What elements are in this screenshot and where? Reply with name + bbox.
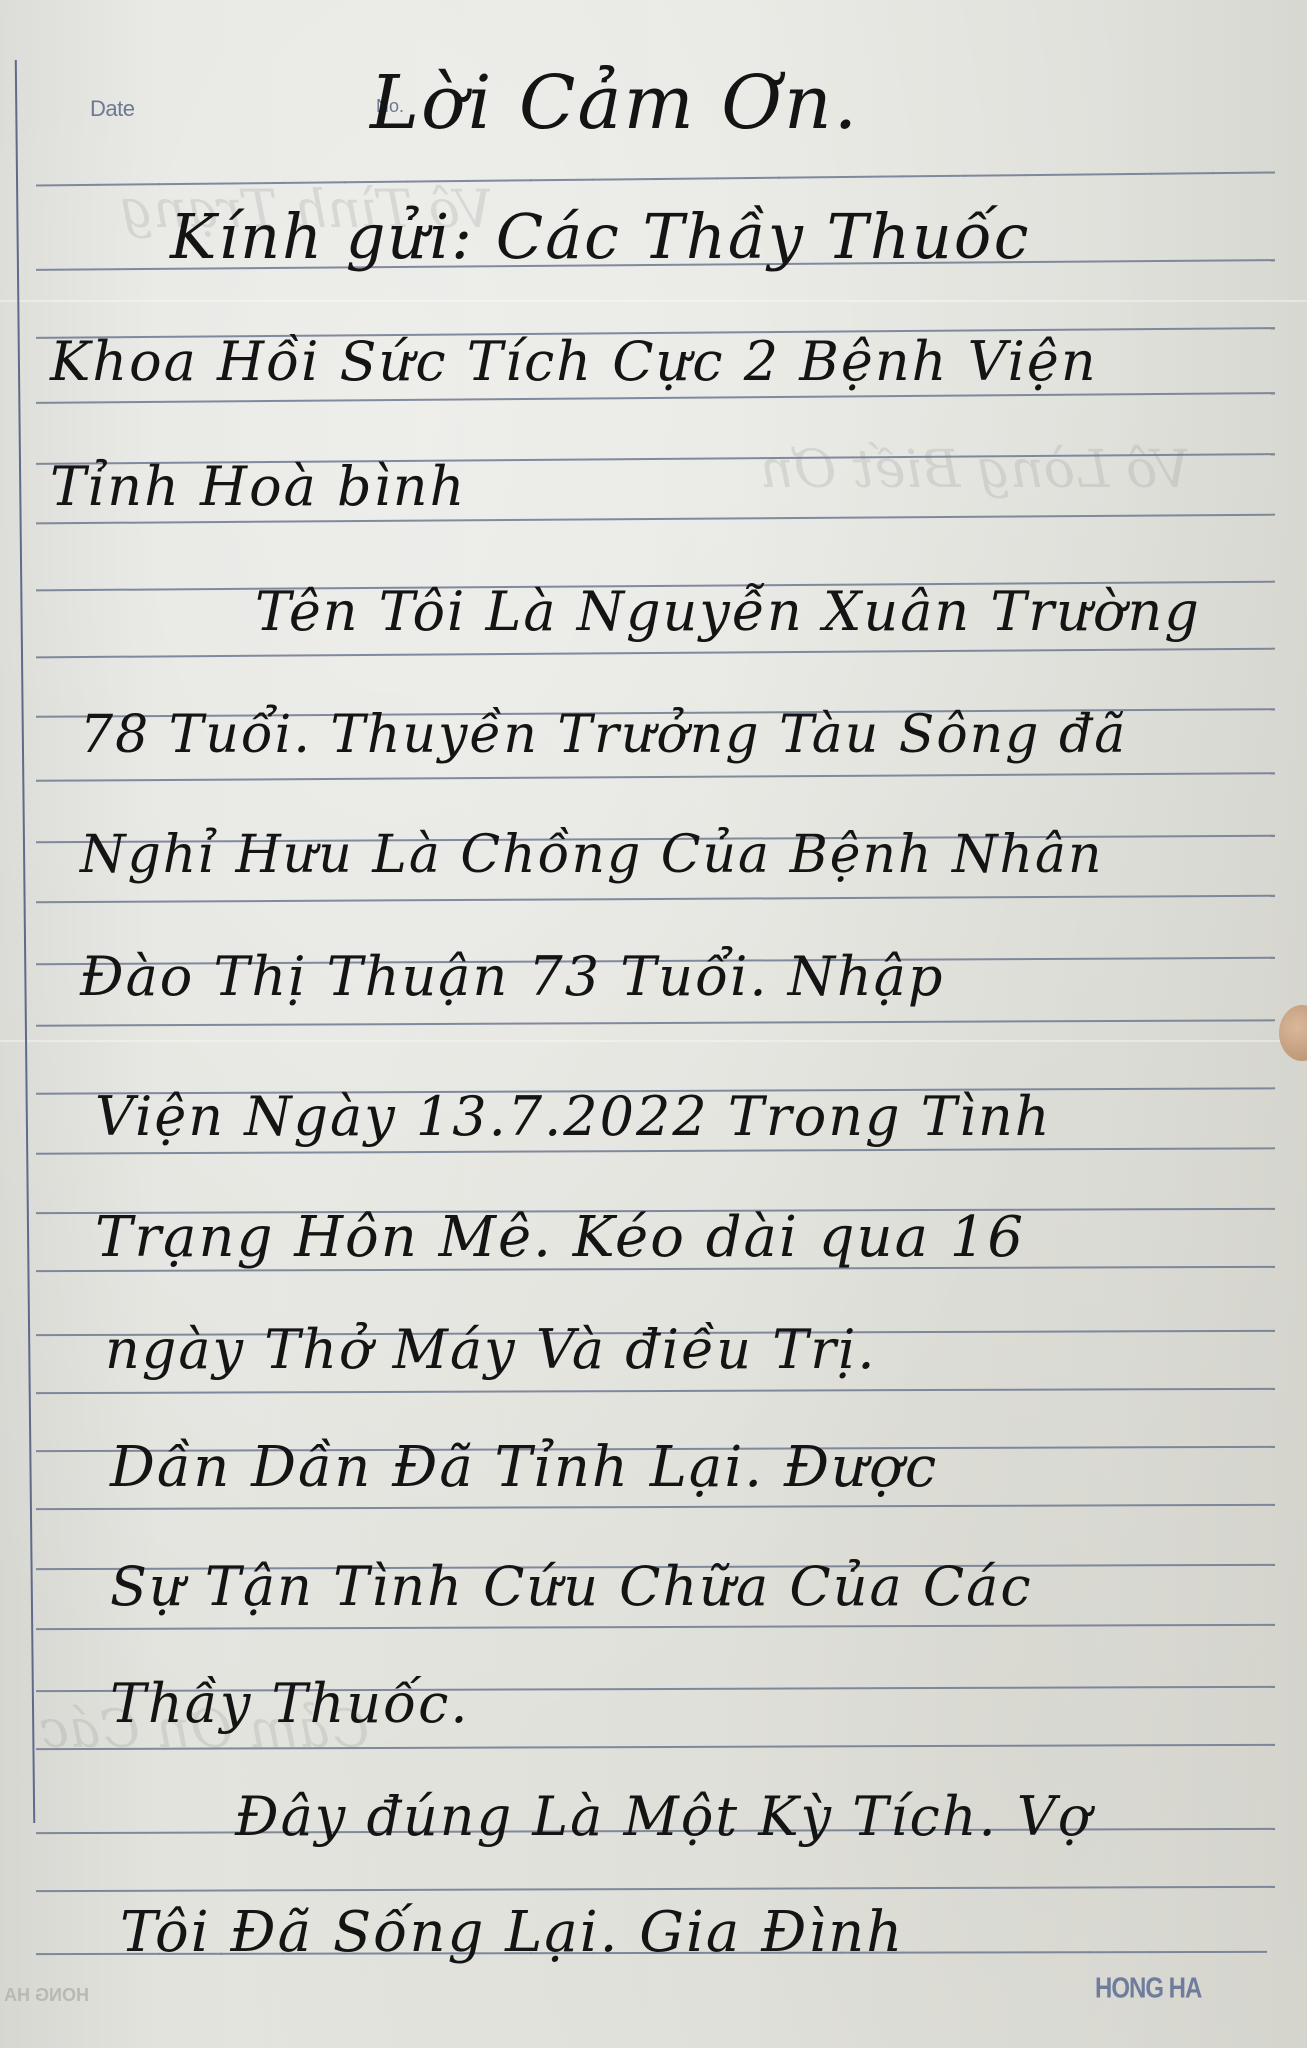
ruled-line: [36, 895, 1275, 903]
letter-line: Tên Tôi Là Nguyễn Xuân Trường: [255, 580, 1201, 643]
ruled-line: [36, 392, 1275, 404]
ruled-line: [36, 772, 1275, 782]
margin-line: [15, 60, 35, 1823]
ruled-line: [36, 1504, 1275, 1510]
ruled-line: [36, 1147, 1275, 1154]
letter-line: Dần Dần Đã Tỉnh Lại. Được: [110, 1435, 938, 1500]
date-label: Date: [90, 96, 134, 122]
paper-fold: [0, 1040, 1307, 1042]
show-through-text: Vô Lòng Biết Ơn: [760, 440, 1190, 500]
brand-logo-bleed: HONG HA: [4, 1985, 89, 2006]
ruled-line: [36, 1886, 1275, 1892]
letter-line: Sự Tận Tình Cứu Chữa Của Các: [110, 1555, 1033, 1618]
ruled-line: [36, 648, 1275, 659]
notebook-page: Vô Tình Trạng Vô Lòng Biết Ơn Cảm Ơn Các…: [0, 0, 1307, 2048]
letter-line: 78 Tuổi. Thuyền Trưởng Tàu Sông đã: [80, 705, 1127, 765]
letter-line: Đây đúng Là Một Kỳ Tích. Vợ: [235, 1785, 1092, 1848]
paper-fold: [0, 300, 1307, 302]
letter-line: Kính gửi: Các Thầy Thuốc: [170, 200, 1030, 273]
letter-line: Khoa Hồi Sức Tích Cực 2 Bệnh Viện: [50, 330, 1098, 393]
ruled-line: [36, 1019, 1275, 1026]
letter-line: ngày Thở Máy Và điều Trị.: [105, 1318, 877, 1381]
ruled-line: [36, 1388, 1275, 1394]
letter-line: Nghỉ Hưu Là Chồng Của Bệnh Nhân: [80, 825, 1104, 885]
letter-line: Tôi Đã Sống Lại. Gia Đình: [120, 1900, 904, 1965]
letter-line: Trạng Hôn Mê. Kéo dài qua 16: [95, 1205, 1025, 1270]
letter-line: Viện Ngày 13.7.2022 Trong Tình: [95, 1085, 1052, 1148]
thumb-edge: [1279, 1005, 1307, 1061]
ruled-line: [36, 172, 1275, 187]
ruled-line: [36, 1624, 1275, 1630]
letter-line: Tỉnh Hoà bình: [50, 455, 466, 518]
brand-logo: HONG HA: [1095, 1972, 1201, 2006]
letter-line: Đào Thị Thuận 73 Tuổi. Nhập: [80, 945, 945, 1008]
letter-line: Thầy Thuốc.: [110, 1672, 470, 1735]
letter-title: Lời Cảm Ơn.: [370, 60, 859, 146]
